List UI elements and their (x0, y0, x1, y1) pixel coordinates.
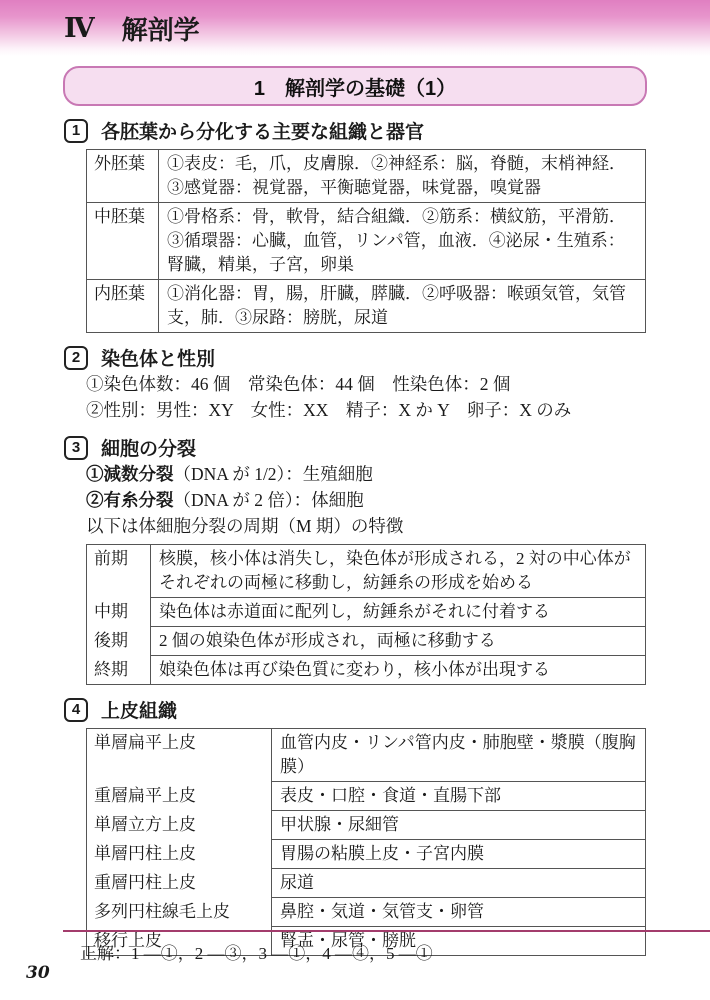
section-3-heading: 3 細胞の分裂 (64, 434, 692, 461)
table-row-label: 終期 (87, 656, 151, 684)
table-row-label: 多列円柱線毛上皮 (87, 898, 272, 927)
epithelium-table: 単層扁平上皮 血管内皮・リンパ管内皮・肺胞壁・漿膜（腹胸膜） 重層扁平上皮 表皮… (86, 728, 646, 956)
table-row-text: 胃腸の粘膜上皮・子宮内膜 (272, 840, 645, 869)
table-row: 内胚葉 ①消化器：胃，腸，肝臓，膵臓．②呼吸器：喉頭気管，気管支，肺．③尿路：膀… (87, 280, 645, 332)
section-1-title: 各胚葉から分化する主要な組織と器官 (101, 117, 424, 144)
chromosome-count-line: ①染色体数：46 個 常染色体：44 個 性染色体：2 個 (86, 371, 692, 397)
table-row: 中期 染色体は赤道面に配列し，紡錘糸がそれに付着する (87, 598, 645, 627)
lesson-title-box: 1 解剖学の基礎（1） (63, 66, 647, 106)
table-row-label: 前期 (87, 545, 151, 598)
table-row-text: 甲状腺・尿細管 (272, 811, 645, 840)
table-row-text: ①表皮：毛，爪，皮膚腺．②神経系：脳，脊髄，末梢神経．③感覚器：視覚器，平衡聴覚… (159, 150, 645, 202)
table-row-text: 2 個の娘染色体が形成され，両極に移動する (151, 627, 645, 656)
table-row: 重層扁平上皮 表皮・口腔・食道・直腸下部 (87, 782, 645, 811)
table-row-label: 後期 (87, 627, 151, 656)
table-row-label: 重層扁平上皮 (87, 782, 272, 811)
meiosis-line: ①減数分裂（DNA が 1/2）：生殖細胞 (86, 461, 692, 487)
table-row-text: ①消化器：胃，腸，肝臓，膵臓．②呼吸器：喉頭気管，気管支，肺．③尿路：膀胱，尿道 (159, 280, 645, 332)
sex-determination-line: ②性別：男性：XY 女性：XX 精子：X か Y 卵子：X のみ (86, 397, 692, 423)
table-row-text: 染色体は赤道面に配列し，紡錘糸がそれに付着する (151, 598, 645, 627)
section-3-title: 細胞の分裂 (101, 434, 196, 461)
lesson-title: 1 解剖学の基礎（1） (254, 72, 456, 101)
section-2-title: 染色体と性別 (101, 344, 215, 371)
mitosis-note: 以下は体細胞分裂の周期（M 期）の特徴 (86, 513, 692, 539)
table-row-label: 単層立方上皮 (87, 811, 272, 840)
table-row: 終期 娘染色体は再び染色質に変わり，核小体が出現する (87, 656, 645, 684)
table-row-text: 鼻腔・気道・気管支・卵管 (272, 898, 645, 927)
table-row: 単層立方上皮 甲状腺・尿細管 (87, 811, 645, 840)
section-2-number-box: 2 (64, 346, 88, 370)
page-content: 1 各胚葉から分化する主要な組織と器官 外胚葉 ①表皮：毛，爪，皮膚腺．②神経系… (0, 117, 710, 956)
table-row-text: 尿道 (272, 869, 645, 898)
table-row-text: ①骨格系：骨，軟骨，結合組織．②筋系：横紋筋，平滑筋．③循環器：心臓，血管，リン… (159, 203, 645, 279)
page-number: 30 (26, 963, 50, 983)
table-row-label: 重層円柱上皮 (87, 869, 272, 898)
table-row-label: 中期 (87, 598, 151, 627)
mitosis-phase-table: 前期 核膜，核小体は消失し，染色体が形成される，2 対の中心体がそれぞれの両極に… (86, 544, 646, 685)
table-row-text: 表皮・口腔・食道・直腸下部 (272, 782, 645, 811)
section-1-heading: 1 各胚葉から分化する主要な組織と器官 (64, 117, 692, 144)
table-row: 重層円柱上皮 尿道 (87, 869, 645, 898)
table-row-label: 中胚葉 (87, 203, 159, 279)
chapter-title: 解剖学 (122, 10, 200, 47)
section-4-heading: 4 上皮組織 (64, 696, 692, 723)
mitosis-term: ②有糸分裂 (86, 490, 174, 510)
mitosis-line: ②有糸分裂（DNA が 2 倍）：体細胞 (86, 487, 692, 513)
table-row: 中胚葉 ①骨格系：骨，軟骨，結合組織．②筋系：横紋筋，平滑筋．③循環器：心臓，血… (87, 203, 645, 280)
section-4-number-box: 4 (64, 698, 88, 722)
section-1-number-box: 1 (64, 119, 88, 143)
section-3-number-box: 3 (64, 436, 88, 460)
section-4-title: 上皮組織 (101, 696, 177, 723)
mitosis-desc: （DNA が 2 倍）：体細胞 (174, 490, 364, 510)
table-row: 単層円柱上皮 胃腸の粘膜上皮・子宮内膜 (87, 840, 645, 869)
germ-layer-table: 外胚葉 ①表皮：毛，爪，皮膚腺．②神経系：脳，脊髄，末梢神経．③感覚器：視覚器，… (86, 149, 646, 333)
table-row-label: 外胚葉 (87, 150, 159, 202)
table-row-text: 血管内皮・リンパ管内皮・肺胞壁・漿膜（腹胸膜） (272, 729, 645, 782)
table-row: 前期 核膜，核小体は消失し，染色体が形成される，2 対の中心体がそれぞれの両極に… (87, 545, 645, 598)
table-row: 多列円柱線毛上皮 鼻腔・気道・気管支・卵管 (87, 898, 645, 927)
meiosis-desc: （DNA が 1/2）：生殖細胞 (174, 464, 373, 484)
meiosis-term: ①減数分裂 (86, 464, 174, 484)
table-row: 外胚葉 ①表皮：毛，爪，皮膚腺．②神経系：脳，脊髄，末梢神経．③感覚器：視覚器，… (87, 150, 645, 203)
section-2-heading: 2 染色体と性別 (64, 344, 692, 371)
table-row: 後期 2 個の娘染色体が形成され，両極に移動する (87, 627, 645, 656)
table-row-text: 娘染色体は再び染色質に変わり，核小体が出現する (151, 656, 645, 684)
table-row-text: 核膜，核小体は消失し，染色体が形成される，2 対の中心体がそれぞれの両極に移動し… (151, 545, 645, 598)
table-row-label: 内胚葉 (87, 280, 159, 332)
table-row-label: 単層扁平上皮 (87, 729, 272, 782)
answer-divider-rule (63, 930, 710, 932)
table-row: 単層扁平上皮 血管内皮・リンパ管内皮・肺胞壁・漿膜（腹胸膜） (87, 729, 645, 782)
table-row-label: 単層円柱上皮 (87, 840, 272, 869)
textbook-page: Ⅳ 解剖学 1 解剖学の基礎（1） 1 各胚葉から分化する主要な組織と器官 外胚… (0, 0, 710, 1000)
chapter-number: Ⅳ (64, 13, 96, 44)
chapter-header-band: Ⅳ 解剖学 (0, 0, 710, 56)
answer-line: 正解：1 ―①，2 ―③，3 ―①，4 ―④，5 ―① (80, 939, 433, 964)
